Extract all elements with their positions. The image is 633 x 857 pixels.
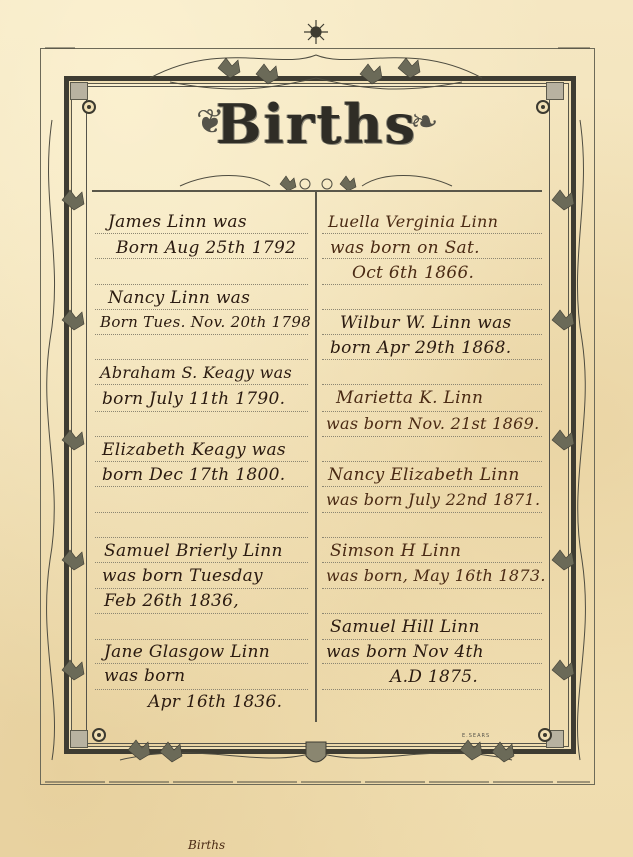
births-register-page: ❦ Births ❧ [0, 0, 633, 857]
entry-line: born July 11th 1790. [102, 389, 285, 409]
entry-line: was born on Sat. [330, 238, 480, 258]
entry-line: Wilbur W. Linn was [340, 313, 512, 333]
entry-line: Abraham S. Keagy was [100, 363, 292, 382]
entry-line: Nancy Elizabeth Linn [328, 465, 520, 485]
entry-line: was born Tuesday [102, 566, 263, 586]
entry-line: Elizabeth Keagy was [102, 440, 286, 460]
column-divider [315, 190, 317, 722]
entry-line: Marietta K. Linn [336, 388, 483, 408]
entry-line: was born Nov 4th [326, 642, 484, 662]
entry-line: Oct 6th 1866. [352, 263, 474, 283]
engraver-mark: E.SEARS [462, 733, 490, 739]
entry-line: A.D 1875. [390, 667, 478, 687]
entry-line: was born, May 16th 1873. [326, 566, 546, 585]
entry-line: Samuel Brierly Linn [104, 541, 283, 561]
entry-line: was born July 22nd 1871. [326, 490, 540, 509]
entry-line: Samuel Hill Linn [330, 617, 480, 637]
title-flourish-right: ❧ [410, 102, 439, 142]
entry-line: Simson H Linn [330, 541, 461, 561]
entry-line: James Linn was [108, 212, 247, 232]
footer-handwritten-note: Births [188, 838, 225, 852]
entry-line: born Dec 17th 1800. [102, 465, 285, 485]
entry-line: Apr 16th 1836. [148, 692, 282, 712]
entry-line: was born [104, 666, 185, 686]
entry-line: Born Tues. Nov. 20th 1798 [100, 313, 311, 331]
page-title: Births [0, 92, 633, 156]
entry-line: Nancy Linn was [108, 288, 250, 308]
entry-line: Luella Verginia Linn [328, 212, 498, 231]
entry-line: Jane Glasgow Linn [104, 642, 270, 662]
entry-line: Feb 26th 1836, [104, 591, 239, 611]
entry-line: born Apr 29th 1868. [330, 338, 511, 358]
entry-line: Born Aug 25th 1792 [116, 238, 296, 258]
entry-line: was born Nov. 21st 1869. [326, 414, 539, 433]
header-rule [92, 190, 542, 192]
